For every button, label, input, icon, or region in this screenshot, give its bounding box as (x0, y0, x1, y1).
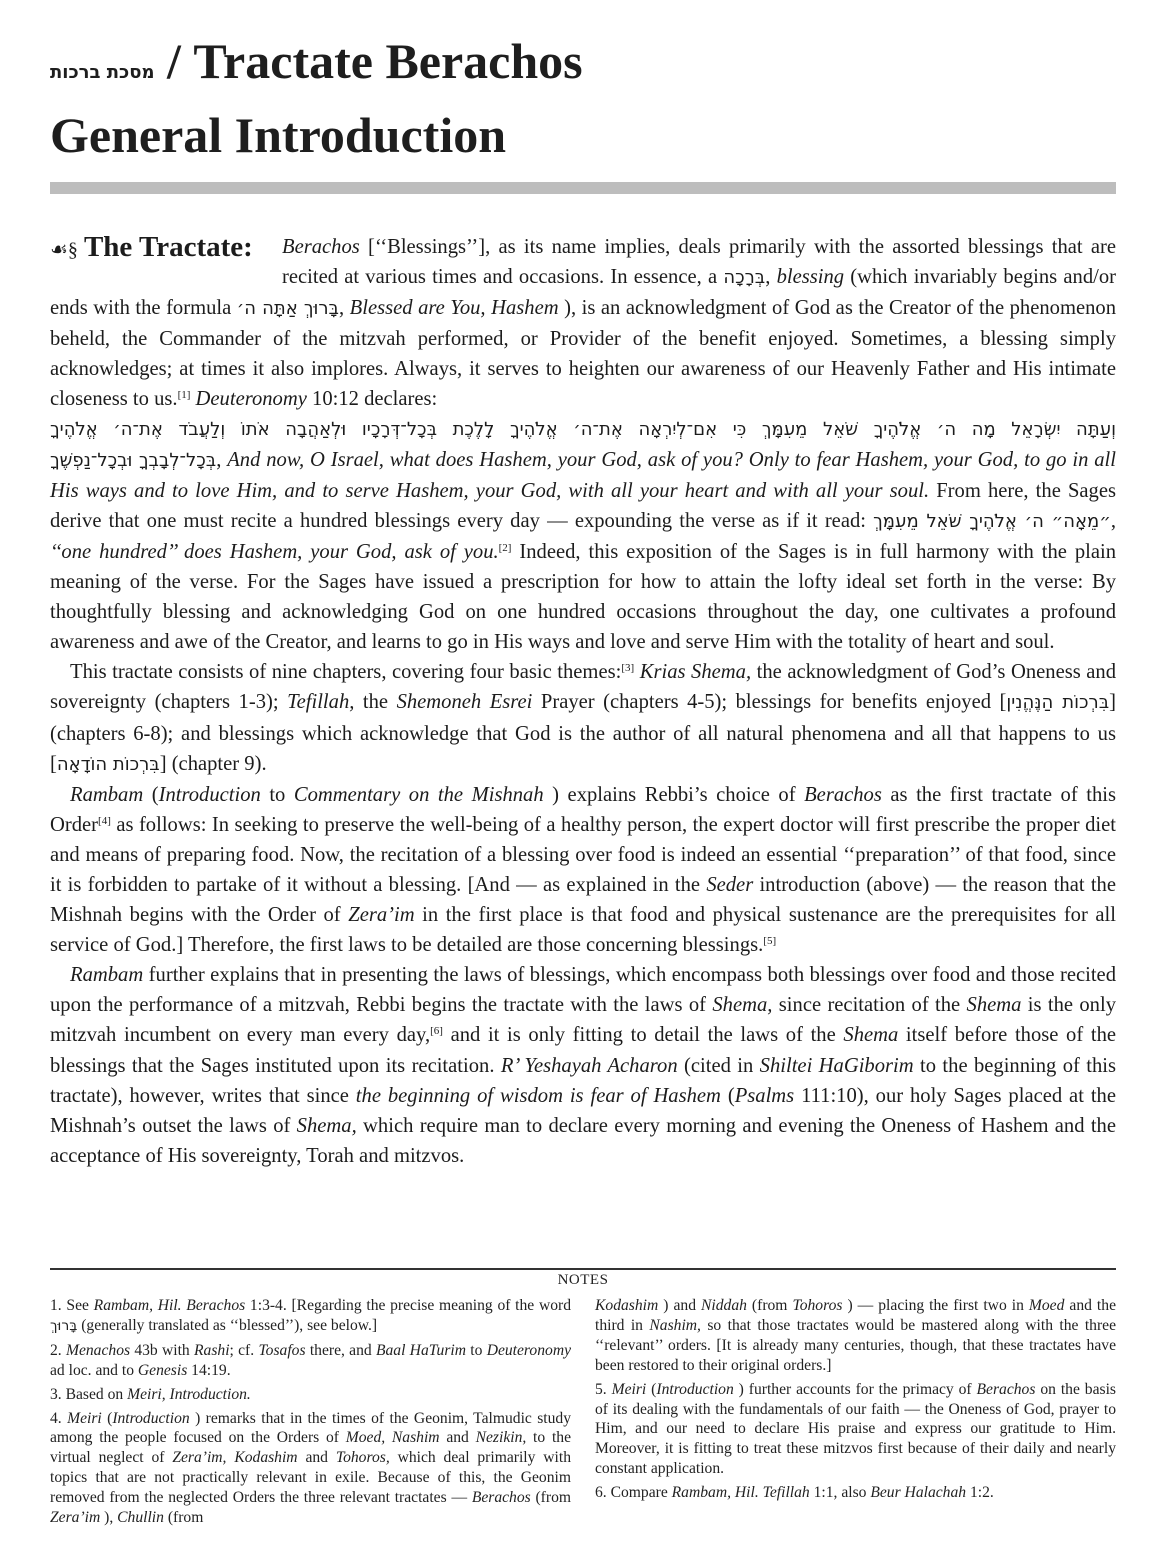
text: , (339, 297, 350, 319)
text: 1. See (50, 1297, 94, 1314)
text: ( (143, 784, 158, 806)
fleuron-icon: ☙§ (50, 239, 78, 261)
text: Kodashim (595, 1297, 658, 1314)
footnote-ref-1[interactable]: [1] (178, 389, 191, 401)
text: Genesis (138, 1362, 187, 1379)
paragraph-1-cont: בְּכָל־לְבָבְךָ וּבְכָל־נַפְשֶׁךָ, And n… (50, 445, 1116, 658)
text: (from (747, 1297, 793, 1314)
text: Berachos (977, 1381, 1036, 1398)
text: Meiri, Introduction. (127, 1386, 251, 1403)
text: and (440, 1429, 476, 1446)
hebrew-text: בִּרְכוֹת הוֹדָאָה (57, 754, 160, 775)
notes-column-right: Kodashim ) and Niddah (from Tohoros ) — … (595, 1296, 1116, 1507)
text: and (298, 1449, 336, 1466)
text: Menachos (66, 1342, 130, 1359)
text: Moed (1029, 1297, 1065, 1314)
footnote-ref-4[interactable]: [4] (98, 815, 111, 827)
text: Commentary on the Mishnah (294, 784, 544, 806)
text: (generally translated as ‘‘blessed’’), s… (77, 1317, 377, 1334)
text: (cited in (678, 1055, 760, 1077)
note-4: 4. Meiri (Introduction ) remarks that in… (50, 1409, 571, 1528)
text: 10:12 declares: (307, 388, 437, 410)
text: Nezikin, (476, 1429, 527, 1446)
text: Tosafos (258, 1342, 305, 1359)
notes-divider (50, 1268, 1116, 1270)
text: ; cf. (230, 1342, 259, 1359)
text: , (1111, 510, 1116, 532)
text: ad loc. and to (50, 1362, 138, 1379)
hebrew-text: בְּרָכָה (723, 267, 765, 288)
hebrew-verse: וְעַתָּה יִשְׂרָאֵל מָה ה׳ אֱלֹהֶיךָ שֹׁ… (50, 415, 1116, 445)
text: Krias Shema, (640, 661, 751, 683)
text: Shemoneh Esrei (397, 691, 533, 713)
text: Niddah (701, 1297, 747, 1314)
text: and it is only fitting to detail the law… (443, 1024, 843, 1046)
page: מסכת ברכות / Tractate Berachos General I… (50, 0, 1116, 166)
text: Shema, (297, 1115, 357, 1137)
text: ( (646, 1381, 656, 1398)
text: Nashim, (649, 1317, 701, 1334)
text: Rambam (70, 784, 143, 806)
text: This tractate consists of nine chapters,… (70, 661, 621, 683)
footnote-ref-2[interactable]: [2] (499, 542, 512, 554)
section-heading: ☙§The Tractate: (50, 232, 282, 290)
text: Shema, (712, 994, 772, 1016)
text: blessing (777, 266, 845, 288)
note-1: 1. See Rambam, Hil. Berachos 1:3-4. [Reg… (50, 1296, 571, 1337)
title-english: Tractate Berachos (193, 33, 582, 89)
text: Deuteronomy (487, 1342, 571, 1359)
text: Zera’im (348, 904, 414, 926)
text: 14:19. (187, 1362, 230, 1379)
paragraph-2: This tractate consists of nine chapters,… (50, 657, 1116, 779)
footnote-ref-6[interactable]: [6] (430, 1025, 443, 1037)
text: Tohoros (792, 1297, 842, 1314)
text: ] (chapter 9). (160, 753, 267, 775)
note-2: 2. Menachos 43b with Rashi; cf. Tosafos … (50, 1341, 571, 1381)
text: there, and (306, 1342, 376, 1359)
text: to (261, 784, 294, 806)
text: Rambam, Hil. Tefillah (672, 1484, 810, 1501)
text: since recitation of the (772, 994, 966, 1016)
text: 4. (50, 1410, 67, 1427)
note-4-continued: Kodashim ) and Niddah (from Tohoros ) — … (595, 1296, 1116, 1376)
text: (from (531, 1489, 571, 1506)
text: ( (721, 1085, 735, 1107)
text: Moed, Nashim (346, 1429, 440, 1446)
text: 3. Based on (50, 1386, 127, 1403)
text: ) further accounts for the primacy of (734, 1381, 977, 1398)
main-text: ☙§The Tractate: Berachos [‘‘Blessings’’]… (50, 232, 1116, 1171)
text: ) and (658, 1297, 701, 1314)
hebrew-text: בִּרְכוֹת הַנֶּהֱנִין (1006, 692, 1109, 713)
paragraph-3: Rambam (Introduction to Commentary on th… (50, 780, 1116, 961)
text: Prayer (chapters 4-5); blessings for ben… (532, 691, 1006, 713)
notes-column-left: 1. See Rambam, Hil. Berachos 1:3-4. [Reg… (50, 1296, 571, 1532)
paragraph-1: ☙§The Tractate: Berachos [‘‘Blessings’’]… (50, 232, 1116, 415)
footnote-ref-3[interactable]: [3] (621, 662, 634, 674)
text: Shiltei HaGiborim (760, 1055, 914, 1077)
hebrew-text: בָּרוּךְ אַתָּה ה׳ (237, 298, 339, 319)
text: to (466, 1342, 487, 1359)
text: Introduction (656, 1381, 733, 1398)
text: ‘‘one hundred’’ does Hashem, your God, a… (50, 541, 499, 563)
text: Shema (843, 1024, 898, 1046)
page-title: מסכת ברכות / Tractate Berachos General I… (50, 0, 1116, 166)
notes-title: NOTES (50, 1272, 1116, 1289)
text: Psalms (735, 1085, 795, 1107)
text: Rambam, Hil. Berachos (94, 1297, 246, 1314)
text: Blessed are You, Hashem (350, 297, 559, 319)
text: Zera’im (50, 1509, 100, 1526)
text: Meiri (612, 1381, 647, 1398)
text: Baal HaTurim (376, 1342, 466, 1359)
hebrew-text: בָּרוּךְ (50, 1318, 77, 1334)
text: R’ Yeshayah Acharon (501, 1055, 678, 1077)
text: 5. (595, 1381, 612, 1398)
text: the beginning of wisdom is fear of Hashe… (356, 1085, 721, 1107)
text: , (765, 266, 776, 288)
text: , (216, 449, 227, 471)
footnote-ref-5[interactable]: [5] (763, 935, 776, 947)
text: Shema (967, 994, 1022, 1016)
text: Zera’im, Kodashim (172, 1449, 297, 1466)
hebrew-text: ״מֵאָה״ ה׳ אֱלֹהֶיךָ שֹׁאֵל מֵעִמָּךְ (873, 511, 1111, 532)
title-separator: / (155, 33, 194, 89)
section-heading-text: The Tractate: (84, 232, 253, 262)
text: Introduction (159, 784, 261, 806)
text: 43b with (130, 1342, 194, 1359)
text: Berachos (804, 784, 882, 806)
text: 1:1, also (810, 1484, 871, 1501)
text: Introduction (112, 1410, 189, 1427)
page-subtitle: General Introduction (50, 107, 506, 163)
text: the (354, 691, 396, 713)
text: Berachos (472, 1489, 531, 1506)
note-3: 3. Based on Meiri, Introduction. (50, 1385, 571, 1405)
text: 2. (50, 1342, 66, 1359)
title-divider (50, 182, 1116, 194)
text: Deuteronomy (196, 388, 307, 410)
text: Seder (706, 874, 753, 896)
text: 6. Compare (595, 1484, 672, 1501)
paragraph-4: Rambam further explains that in presenti… (50, 960, 1116, 1171)
text: ) — placing the first two in (842, 1297, 1028, 1314)
text: Rambam (70, 964, 143, 986)
text: (from (164, 1509, 203, 1526)
text: 1:3-4. [Regarding the precise meaning of… (245, 1297, 571, 1314)
text: Rashi (194, 1342, 230, 1359)
text: Chullin (117, 1509, 164, 1526)
text: Berachos (282, 236, 360, 258)
title-hebrew: מסכת ברכות (50, 62, 155, 83)
text: Meiri (67, 1410, 102, 1427)
text: 1:2. (966, 1484, 994, 1501)
hebrew-text: בְּכָל־לְבָבְךָ וּבְכָל־נַפְשֶׁךָ (50, 450, 216, 471)
note-6: 6. Compare Rambam, Hil. Tefillah 1:1, al… (595, 1483, 1116, 1503)
text: ( (102, 1410, 113, 1427)
text: ), (100, 1509, 117, 1526)
text: Tohoros, (336, 1449, 390, 1466)
text: Beur Halachah (870, 1484, 966, 1501)
text: Tefillah, (287, 691, 354, 713)
text: ) explains Rebbi’s choice of (544, 784, 804, 806)
note-5: 5. Meiri (Introduction ) further account… (595, 1380, 1116, 1480)
